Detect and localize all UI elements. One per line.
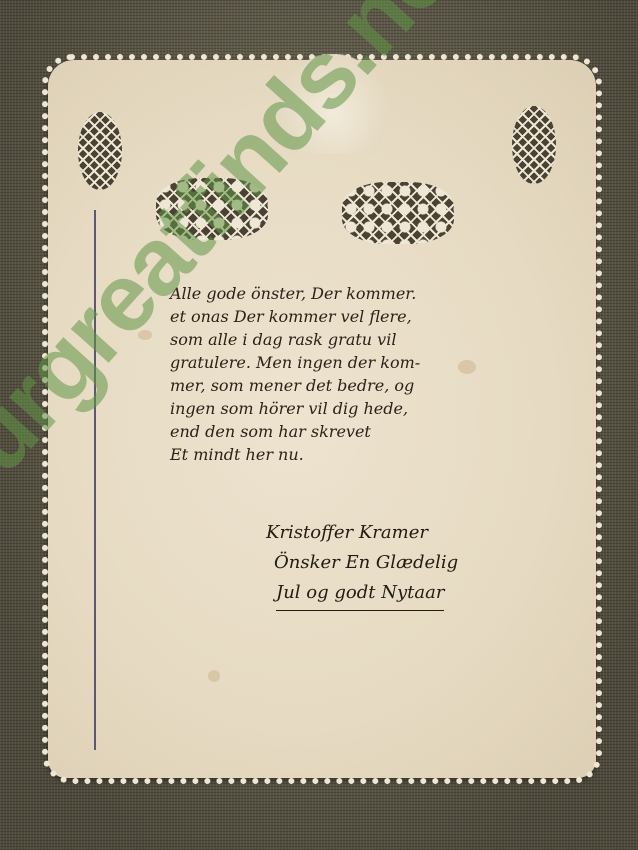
lace-cutout-right (342, 182, 454, 244)
ink-margin-line (94, 210, 96, 750)
signature-name: Kristoffer Kramer (266, 518, 556, 548)
age-stain (138, 330, 152, 340)
lace-cutout-top-right (512, 106, 556, 184)
verse-line: Alle gode önster, Der kommer. (170, 282, 530, 305)
age-stain (208, 670, 220, 682)
verse-line: mer, som mener det bedre, og (170, 374, 530, 397)
lace-cutout-top-left (78, 112, 122, 190)
holiday-wish-line-2: Jul og godt Nytaar (276, 578, 444, 611)
signature-block: Kristoffer Kramer Önsker En Glædelig Jul… (266, 518, 556, 611)
holiday-wish-line-1: Önsker En Glædelig (274, 548, 556, 578)
verse-line: som alle i dag rask gratu vil (170, 328, 530, 351)
verse-line: Et mindt her nu. (170, 443, 530, 466)
embossed-eagle-crest (278, 54, 388, 154)
greeting-card: Alle gode önster, Der kommer. et onas De… (48, 60, 596, 778)
verse-line: et onas Der kommer vel flere, (170, 305, 530, 328)
verse-line: end den som har skrevet (170, 420, 530, 443)
verse-line: gratulere. Men ingen der kom- (170, 351, 530, 374)
lace-cutout-left (156, 178, 268, 240)
handwritten-verse: Alle gode önster, Der kommer. et onas De… (170, 282, 530, 466)
verse-line: ingen som hörer vil dig hede, (170, 397, 530, 420)
